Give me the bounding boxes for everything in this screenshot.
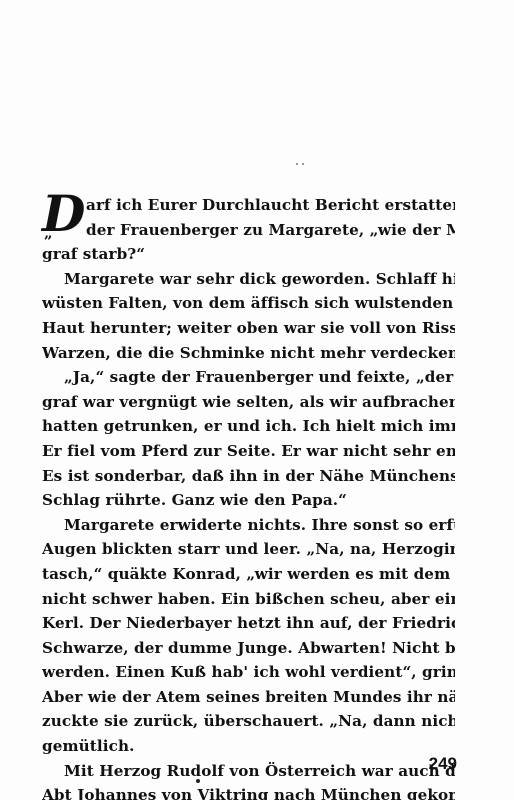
text-line: werden. Einen Kuß hab' ich wohl verdient… [42,660,455,685]
text-line: Augen blickten starr und leer. „Na, na, … [42,537,455,562]
text-line: Schwarze, der dumme Junge. Abwarten! Nic… [42,636,455,661]
text-line: Aber wie der Atem seines breiten Mundes … [42,685,455,710]
drop-cap-quote: „ [44,221,53,246]
text-line: Mit Herzog Rudolf von Österreich war auc… [42,759,455,784]
text-line: graf war vergnügt wie selten, als wir au… [42,390,455,415]
print-speck [302,163,304,165]
text-line: hatten getrunken, er und ich. Ich hielt … [42,414,455,439]
text-line: Schlag rührte. Ganz wie den Papa.“ [42,488,455,513]
text-line: arf ich Eurer Durchlaucht Bericht erstat… [42,193,455,218]
text-line: Er fiel vom Pferd zur Seite. Er war nich… [42,439,455,464]
text-line: Margarete war sehr dick geworden. Schlaf… [42,267,455,292]
text-line: graf starb?“ [42,242,455,267]
page-number: 249 [415,754,457,774]
text-line: tasch,“ quäkte Konrad, „wir werden es mi… [42,562,455,587]
text-line: „Ja,“ sagte der Frauenberger und feixte,… [42,365,455,390]
text-line: Abt Johannes von Viktring nach München g… [42,783,455,800]
text-line: Es ist sonderbar, daß ihn in der Nähe Mü… [42,464,455,489]
text-line: Kerl. Der Niederbayer hetzt ihn auf, der… [42,611,455,636]
book-page: D „ arf ich Eurer Durchlaucht Bericht er… [0,0,514,800]
text-line: Warzen, die die Schminke nicht mehr verd… [42,341,455,366]
print-dot [196,779,200,783]
text-line: nicht schwer haben. Ein bißchen scheu, a… [42,587,455,612]
text-line: Margarete erwiderte nichts. Ihre sonst s… [42,513,455,538]
text-line: Haut herunter; weiter oben war sie voll … [42,316,455,341]
print-speck [296,163,298,165]
text-line: zuckte sie zurück, überschauert. „Na, da… [42,709,455,734]
text-line: der Frauenberger zu Margarete, „wie der … [42,218,455,243]
body-text: D „ arf ich Eurer Durchlaucht Bericht er… [42,193,455,800]
text-line: wüsten Falten, von dem äffisch sich wuls… [42,291,455,316]
text-line: gemütlich. [42,734,455,759]
